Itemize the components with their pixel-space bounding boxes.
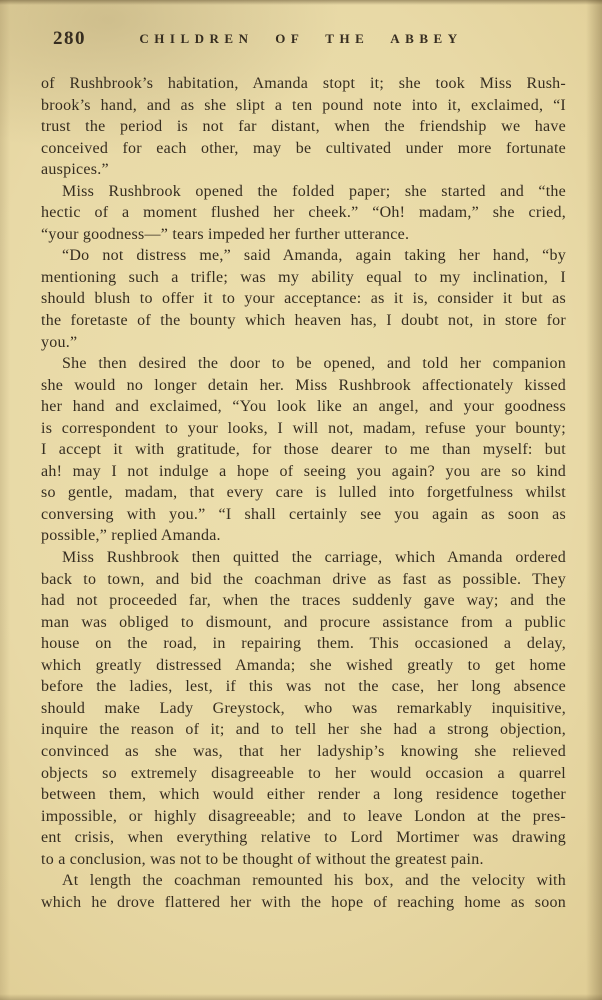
text-line: the foretaste of the bounty which heaven… bbox=[41, 310, 566, 332]
text-line: brook’s hand, and as she slipt a ten pou… bbox=[41, 95, 566, 117]
text-line: At length the coachman remounted his box… bbox=[41, 870, 566, 892]
text-line: man was obliged to dismount, and procure… bbox=[41, 612, 566, 634]
text-line: back to town, and bid the coachman drive… bbox=[41, 569, 566, 591]
text-line: she would no longer detain her. Miss Rus… bbox=[41, 375, 566, 397]
text-line: She then desired the door to be opened, … bbox=[41, 353, 566, 375]
text-line: “your goodness—” tears impeded her furth… bbox=[41, 224, 566, 246]
text-line: which greatly distressed Amanda; she wis… bbox=[41, 655, 566, 677]
text-line: trust the period is not far distant, whe… bbox=[41, 116, 566, 138]
running-header: 280 CHILDREN OF THE ABBEY bbox=[0, 27, 602, 51]
text-line: her hand and exclaimed, “You look like a… bbox=[41, 396, 566, 418]
text-line: “Do not distress me,” said Amanda, again… bbox=[41, 245, 566, 267]
text-line: before the ladies, lest, if this was not… bbox=[41, 676, 566, 698]
text-line: between them, which would either render … bbox=[41, 784, 566, 806]
text-line: ent crisis, when everything relative to … bbox=[41, 827, 566, 849]
text-line: to a conclusion, was not to be thought o… bbox=[41, 849, 566, 871]
text-line: auspices.” bbox=[41, 159, 566, 181]
text-line: inquire the reason of it; and to tell he… bbox=[41, 719, 566, 741]
text-line: conceived for each other, may be cultiva… bbox=[41, 138, 566, 160]
running-header-title: CHILDREN OF THE ABBEY bbox=[40, 31, 562, 47]
text-line: convinced as she was, that her ladyship’… bbox=[41, 741, 566, 763]
text-line: impossible, or highly disagreeable; and … bbox=[41, 806, 566, 828]
text-line: objects so extremely disagreeable to her… bbox=[41, 763, 566, 785]
text-line: Miss Rushbrook opened the folded paper; … bbox=[41, 181, 566, 203]
text-line: Miss Rushbrook then quitted the carriage… bbox=[41, 547, 566, 569]
text-line: house on the road, in repairing them. Th… bbox=[41, 633, 566, 655]
text-line: which he drove flattered her with the ho… bbox=[41, 892, 566, 914]
book-page-scan: 280 CHILDREN OF THE ABBEY of Rushbrook’s… bbox=[0, 0, 602, 1000]
text-line: I accept it with gratitude, for those de… bbox=[41, 439, 566, 461]
text-line: of Rushbrook’s habitation, Amanda stopt … bbox=[41, 73, 566, 95]
text-line: should blush to offer it to your accepta… bbox=[41, 288, 566, 310]
text-line: possible,” replied Amanda. bbox=[41, 525, 566, 547]
text-line: mentioning such a trifle; was my ability… bbox=[41, 267, 566, 289]
text-line: should make Lady Greystock, who was rema… bbox=[41, 698, 566, 720]
text-line: ah! may I not indulge a hope of seeing y… bbox=[41, 461, 566, 483]
text-line: hectic of a moment flushed her cheek.” “… bbox=[41, 202, 566, 224]
text-line: you.” bbox=[41, 332, 566, 354]
page-body: of Rushbrook’s habitation, Amanda stopt … bbox=[41, 73, 566, 913]
text-line: so gentle, madam, that every care is lul… bbox=[41, 482, 566, 504]
text-line: conversing with you.” “I shall certainly… bbox=[41, 504, 566, 526]
text-line: had not proceeded far, when the traces s… bbox=[41, 590, 566, 612]
text-line: is correspondent to your looks, I will n… bbox=[41, 418, 566, 440]
